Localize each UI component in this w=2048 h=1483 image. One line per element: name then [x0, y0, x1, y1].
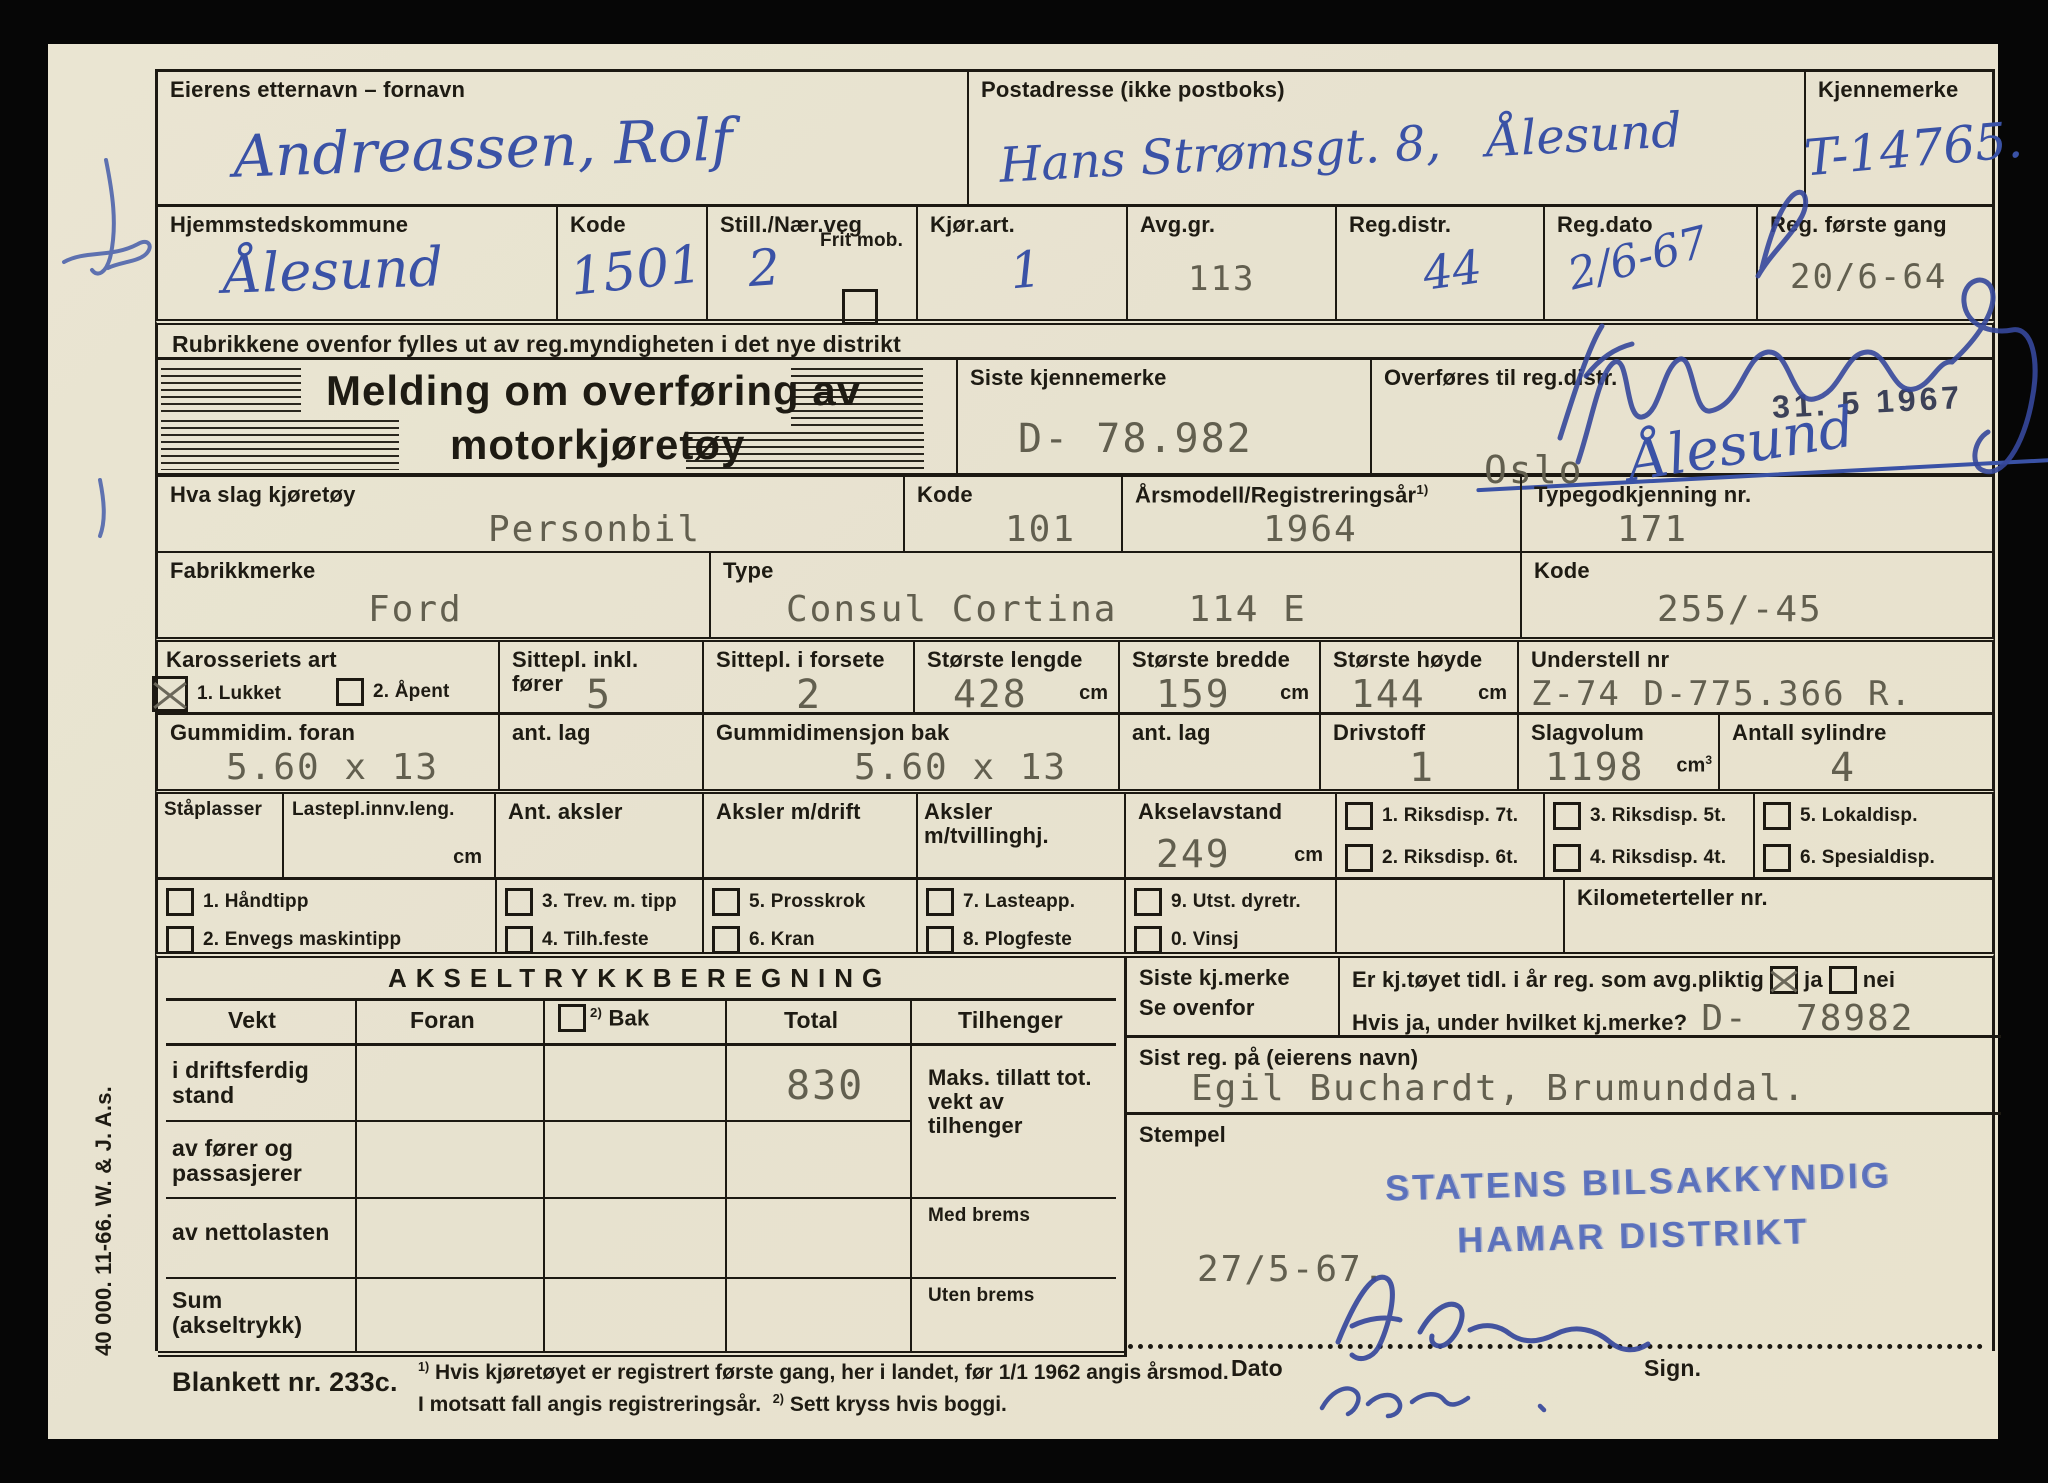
table-line	[166, 1120, 910, 1122]
table-divider	[543, 998, 545, 1351]
slagvolum-unit-text: cm	[1676, 755, 1705, 777]
trev-label: 3. Trev. m. tipp	[542, 892, 677, 913]
gummi-foran-field: Gummidim. foran 5.60 x 13	[158, 715, 498, 789]
plogfeste-label: 8. Plogfeste	[963, 930, 1072, 951]
ja-label: ja	[1804, 968, 1823, 992]
tipp-col-2: 3. Trev. m. tipp 4. Tilh.feste	[495, 880, 702, 952]
arsmodell-field: Årsmodell/Registreringsår1) 1964	[1121, 477, 1520, 551]
hatch-bar	[161, 368, 301, 416]
avgpliktig-question: Er kj.tøyet tidl. i år reg. som avg.plik…	[1352, 966, 1987, 994]
hoyde-field: Største høyde 144 cm	[1319, 642, 1517, 712]
kommune-field: Hjemmstedskommune Ålesund	[158, 207, 556, 319]
overfores-field: Overføres til reg.distr. Oslo Ålesund 31…	[1370, 360, 1998, 473]
header-vekt: Vekt	[228, 1008, 276, 1033]
avggr-label: Avg.gr.	[1140, 213, 1323, 237]
avggr-value: 113	[1188, 259, 1255, 299]
tipp-option-1: 1. Håndtipp	[166, 888, 487, 916]
antlag1-label: ant. lag	[512, 721, 690, 745]
header-foran: Foran	[410, 1008, 475, 1033]
avgpliktig-question-text: Er kj.tøyet tidl. i år reg. som avg.plik…	[1352, 968, 1764, 992]
tipp-option-2: 2. Envegs maskintipp	[166, 926, 487, 954]
kode101-value: 101	[1005, 509, 1076, 550]
title-block: Melding om overføring av motorkjøretøy S…	[155, 357, 1995, 477]
understell-value: Z-74 D-775.366 R.	[1531, 674, 1913, 714]
typegodkjenning-label: Typegodkjenning nr.	[1534, 483, 1986, 507]
riksdisp6-label: 2. Riksdisp. 6t.	[1382, 848, 1518, 869]
footnote-1-text: Hvis kjøretøyet er registrert første gan…	[435, 1361, 1229, 1384]
hoyde-label: Største høyde	[1333, 648, 1505, 672]
footnote-2-marker: 2)	[773, 1392, 784, 1406]
dato-label: Dato	[1231, 1356, 1283, 1381]
tipp-option-8: 8. Plogfeste	[926, 926, 1116, 954]
regdistr-handwriting: 44	[1420, 239, 1485, 301]
owner-label: Eierens etternavn – fornavn	[170, 78, 955, 102]
type-field: Type Consul Cortina 114 E	[709, 553, 1520, 637]
akselavstand-unit: cm	[1294, 844, 1323, 867]
kran-label: 6. Kran	[749, 930, 815, 951]
tipp-col-1: 1. Håndtipp 2. Envegs maskintipp	[158, 880, 495, 952]
lengde-value: 428	[953, 672, 1028, 716]
tilhfeste-checkbox	[505, 926, 533, 954]
understell-field: Understell nr Z-74 D-775.366 R.	[1517, 642, 1998, 712]
lengde-field: Største lengde 428 cm	[913, 642, 1118, 712]
owner-field: Eierens etternavn – fornavn Andreassen, …	[158, 72, 967, 204]
row-registry: Hjemmstedskommune Ålesund Kode 1501 Stil…	[155, 204, 1995, 319]
header-bak: 2) Bak	[558, 1004, 649, 1032]
spesialdisp-checkbox	[1763, 844, 1791, 872]
authority-stamp-line1: STATENS BILSAKKYNDIG	[1385, 1154, 1893, 1209]
siste-kjmerke-line2: Se ovenfor	[1139, 996, 1326, 1020]
siste-kjennemerke-label: Siste kjennemerke	[970, 366, 1358, 390]
plate-field: Kjennemerke T-14765.	[1804, 72, 1998, 204]
bottom-right: Siste kj.merke Se ovenfor Er kj.tøyet ti…	[1124, 958, 1998, 1357]
med-brems-label: Med brems	[928, 1206, 1030, 1227]
drivstoff-field: Drivstoff 1	[1319, 715, 1517, 789]
antlag2-field: ant. lag	[1118, 715, 1319, 789]
lukket-option: 1. Lukket	[152, 676, 281, 712]
sylindre-field: Antall sylindre 4	[1718, 715, 1998, 789]
stempel-label: Stempel	[1139, 1123, 1989, 1147]
table-divider	[725, 998, 727, 1351]
arsmodell-value: 1964	[1263, 509, 1358, 550]
sistreg-value: Egil Buchardt, Brumunddal.	[1191, 1068, 1807, 1109]
disp-col-1: 1. Riksdisp. 7t. 2. Riksdisp. 6t.	[1335, 794, 1543, 877]
slagvolum-label: Slagvolum	[1531, 721, 1706, 745]
kjorart-label: Kjør.art.	[930, 213, 1114, 237]
axle-table-title: AKSELTRYKKBEREGNING	[388, 964, 891, 993]
slagvolum-unit: cm3	[1676, 753, 1712, 778]
total-driftsferdig: 830	[786, 1063, 864, 1109]
riksdisp4-label: 4. Riksdisp. 4t.	[1590, 848, 1726, 869]
print-margin-text: 40 000. 11-66. W. & J. A.s.	[92, 1086, 116, 1356]
footnote-1: 1) Hvis kjøretøyet er registrert første …	[418, 1360, 1229, 1385]
sittepl-field: Sittepl. inkl. fører 5	[498, 642, 702, 712]
fabrikkmerke-label: Fabrikkmerke	[170, 559, 697, 583]
sistreg-cell: Sist reg. på (eierens navn) Egil Buchard…	[1127, 1038, 2001, 1112]
disp-option-3: 3. Riksdisp. 5t.	[1553, 802, 1745, 830]
scanned-form: Eierens etternavn – fornavn Andreassen, …	[0, 0, 2048, 1483]
row-axles: Ståplasser Lastepl.innv.leng. cm Ant. ak…	[155, 789, 1995, 877]
disp-option-1: 1. Riksdisp. 7t.	[1345, 802, 1535, 830]
kode101-field: Kode 101	[903, 477, 1121, 551]
lengde-unit: cm	[1079, 682, 1108, 705]
table-line	[166, 1197, 1116, 1199]
forsete-label: Sittepl. i forsete	[716, 648, 901, 672]
footnote-1-marker: 1)	[418, 1360, 429, 1374]
dyretr-label: 9. Utst. dyretr.	[1171, 892, 1301, 913]
hva-field: Hva slag kjøretøy Personbil	[158, 477, 903, 551]
karosseri-label: Karosseriets art	[166, 648, 490, 672]
akselavstand-label: Akselavstand	[1138, 800, 1323, 824]
regdato-field: Reg.dato 2/6-67	[1543, 207, 1756, 319]
apent-label: 2. Åpent	[373, 682, 450, 703]
disp-col-2: 3. Riksdisp. 5t. 4. Riksdisp. 4t.	[1543, 794, 1753, 877]
footnote-2-text: I motsatt fall angis registreringsår.	[418, 1393, 761, 1416]
lokaldisp-label: 5. Lokaldisp.	[1800, 806, 1918, 827]
siste-kjmerke-line1: Siste kj.merke	[1139, 966, 1326, 990]
kode-field: Kode 1501	[556, 207, 706, 319]
antlag1-field: ant. lag	[498, 715, 702, 789]
regforste-label: Reg. første gang	[1770, 213, 1986, 237]
lengde-label: Største lengde	[927, 648, 1106, 672]
table-line	[166, 1043, 1116, 1046]
plate-handwriting: T-14765.	[1802, 111, 2025, 188]
header-total: Total	[784, 1008, 838, 1033]
table-line	[166, 1277, 1116, 1279]
regdistr-label: Reg.distr.	[1349, 213, 1531, 237]
trev-checkbox	[505, 888, 533, 916]
rowlabel-nettolast: av nettolasten	[172, 1220, 342, 1245]
nei-checkbox	[1829, 966, 1857, 994]
still-handwriting: 2	[746, 238, 782, 298]
header-tilhenger: Tilhenger	[958, 1008, 1063, 1033]
plate-label: Kjennemerke	[1818, 78, 1986, 102]
tipp-option-9: 9. Utst. dyretr.	[1134, 888, 1327, 916]
boggi-checkbox	[558, 1004, 586, 1032]
rowlabel-sum: Sum (akseltrykk)	[172, 1288, 302, 1339]
row-vehicle-kind: Hva slag kjøretøy Personbil Kode 101 Års…	[155, 477, 1995, 551]
maks-tilhenger-note: Maks. tillatt tot. vekt av tilhenger	[928, 1066, 1104, 1139]
disp-col-3: 5. Lokaldisp. 6. Spesialdisp.	[1753, 794, 1998, 877]
kjorart-handwriting: 1	[1008, 240, 1045, 301]
regdistr-field: Reg.distr. 44	[1335, 207, 1543, 319]
sistreg-label: Sist reg. på (eierens navn)	[1139, 1046, 1989, 1070]
slagvolum-field: Slagvolum 1198 cm3	[1517, 715, 1718, 789]
karosseri-field: Karosseriets art 1. Lukket 2. Åpent	[158, 642, 498, 712]
riksdisp5-checkbox	[1553, 802, 1581, 830]
disp-option-5: 5. Lokaldisp.	[1763, 802, 1990, 830]
lastepl-label: Lastepl.innv.leng.	[292, 800, 486, 821]
gummi-foran-value: 5.60 x 13	[226, 747, 439, 788]
gummi-bak-field: Gummidimensjon bak 5.60 x 13	[702, 715, 1118, 789]
typegodkjenning-field: Typegodkjenning nr. 171	[1520, 477, 1998, 551]
hatch-bar	[161, 420, 399, 470]
regforste-value: 20/6-64	[1790, 257, 1947, 297]
lastepl-field: Lastepl.innv.leng. cm	[282, 794, 494, 877]
slagvolum-value: 1198	[1545, 745, 1645, 789]
tipp-option-7: 7. Lasteapp.	[926, 888, 1116, 916]
kode-handwriting: 1501	[567, 234, 705, 308]
drift-field: Aksler m/drift	[702, 794, 916, 877]
apent-option: 2. Åpent	[336, 678, 450, 706]
fabrikkmerke-field: Fabrikkmerke Ford	[158, 553, 709, 637]
bredde-field: Største bredde 159 cm	[1118, 642, 1319, 712]
kilometerteller-field: Kilometerteller nr.	[1563, 880, 1998, 952]
arsmodell-label: Årsmodell/Registreringsår1)	[1135, 483, 1508, 508]
tipp-option-6: 6. Kran	[712, 926, 908, 954]
prosskrok-checkbox	[712, 888, 740, 916]
typegodkjenning-value: 171	[1617, 509, 1688, 550]
forsete-field: Sittepl. i forsete 2	[702, 642, 913, 712]
disp-option-4: 4. Riksdisp. 4t.	[1553, 844, 1745, 872]
hva-label: Hva slag kjøretøy	[170, 483, 891, 507]
sylindre-label: Antall sylindre	[1732, 721, 1986, 745]
tipp-col-5: 9. Utst. dyretr. 0. Vinsj	[1124, 880, 1335, 952]
siste-kjennemerke-field: Siste kjennemerke D- 78.982	[956, 360, 1370, 473]
bredde-unit: cm	[1280, 682, 1309, 705]
lastepl-unit: cm	[453, 846, 482, 869]
siste-kjennemerke-value: D- 78.982	[1018, 416, 1253, 462]
disp-option-2: 2. Riksdisp. 6t.	[1345, 844, 1535, 872]
uten-brems-label: Uten brems	[928, 1286, 1035, 1307]
kran-checkbox	[712, 926, 740, 954]
apent-checkbox	[336, 678, 364, 706]
lukket-label: 1. Lukket	[197, 684, 281, 705]
rowlabel-forer: av fører og passasjerer	[172, 1136, 332, 1187]
rowlabel-driftsferdig: i driftsferdig stand	[172, 1058, 322, 1109]
siste-kjmerke-cell: Siste kj.merke Se ovenfor	[1127, 958, 1338, 1035]
staaplasser-label: Ståplasser	[164, 800, 276, 821]
kode255-label: Kode	[1534, 559, 1986, 583]
bottom-section: AKSELTRYKKBEREGNING Vekt Foran 2) Bak To…	[155, 952, 1995, 1351]
stempel-cell: Stempel STATENS BILSAKKYNDIG HAMAR DISTR…	[1127, 1115, 2001, 1357]
vinsj-label: 0. Vinsj	[1171, 930, 1239, 951]
arsmodell-label-text: Årsmodell/Registreringsår	[1135, 482, 1416, 507]
tipp-option-0: 0. Vinsj	[1134, 926, 1327, 954]
staaplasser-field: Ståplasser	[158, 794, 282, 877]
prosskrok-label: 5. Prosskrok	[749, 892, 865, 913]
disp-option-6: 6. Spesialdisp.	[1763, 844, 1990, 872]
address-field: Postadresse (ikke postboks) Hans Strømsg…	[967, 72, 1804, 204]
bak-label-text: Bak	[608, 1005, 649, 1030]
note-text: Rubrikkene ovenfor fylles ut av reg.mynd…	[172, 332, 901, 357]
handtipp-label: 1. Håndtipp	[203, 892, 309, 913]
handtipp-checkbox	[166, 888, 194, 916]
akselavstand-field: Akselavstand 249 cm	[1124, 794, 1335, 877]
antaksler-field: Ant. aksler	[494, 794, 702, 877]
tvilling-label: Aksler m/tvillinghj.	[924, 800, 1118, 848]
footnote-2b-text: Sett kryss hvis boggi.	[790, 1393, 1007, 1416]
tidligere-kjmerke-value: D- 78982	[1701, 998, 1914, 1039]
table-bottom-line	[158, 1351, 1124, 1357]
arsmodell-footref: 1)	[1416, 482, 1428, 497]
axle-table: AKSELTRYKKBEREGNING Vekt Foran 2) Bak To…	[158, 958, 1124, 1357]
sign-label: Sign.	[1644, 1356, 1701, 1381]
drift-label: Aksler m/drift	[716, 800, 904, 824]
ja-checkbox	[1770, 966, 1798, 994]
envegs-checkbox	[166, 926, 194, 954]
frit-mob-label: Frit mob.	[820, 231, 903, 252]
bak-footref: 2)	[590, 1005, 602, 1020]
sum-line2: (akseltrykk)	[172, 1313, 302, 1338]
row-owner: Eierens etternavn – fornavn Andreassen, …	[155, 69, 1995, 204]
understell-label: Understell nr	[1531, 648, 1986, 672]
akselavstand-value: 249	[1156, 832, 1231, 876]
still-field: Still./Nær.veg 2 Frit mob.	[706, 207, 916, 319]
hva-value: Personbil	[488, 509, 701, 550]
riksdisp4-checkbox	[1553, 844, 1581, 872]
tvilling-field: Aksler m/tvillinghj.	[916, 794, 1124, 877]
table-divider	[355, 998, 357, 1351]
lasteapp-checkbox	[926, 888, 954, 916]
stempel-date: 27/5-67.	[1197, 1249, 1386, 1290]
riksdisp6-checkbox	[1345, 844, 1373, 872]
slagvolum-unit-sup: 3	[1705, 753, 1712, 767]
kode255-value: 255/-45	[1657, 589, 1823, 630]
signature-line	[1128, 1344, 1983, 1349]
envegs-label: 2. Envegs maskintipp	[203, 930, 401, 951]
authority-stamp-line2: HAMAR DISTRIKT	[1457, 1210, 1810, 1261]
plogfeste-checkbox	[926, 926, 954, 954]
type-label: Type	[723, 559, 1508, 583]
row-tyres: Gummidim. foran 5.60 x 13 ant. lag Gummi…	[155, 712, 1995, 789]
kode101-label: Kode	[917, 483, 1109, 507]
table-divider	[910, 998, 912, 1351]
header-bak-label: 2) Bak	[590, 1006, 649, 1031]
tipp-col-3: 5. Prosskrok 6. Kran	[702, 880, 916, 952]
riksdisp7-label: 1. Riksdisp. 7t.	[1382, 806, 1518, 827]
row-body: Karosseriets art 1. Lukket 2. Åpent Sitt…	[155, 637, 1995, 712]
kilometerteller-label: Kilometerteller nr.	[1577, 886, 1986, 910]
kjorart-field: Kjør.art. 1	[916, 207, 1126, 319]
riksdisp7-checkbox	[1345, 802, 1373, 830]
spesialdisp-label: 6. Spesialdisp.	[1800, 848, 1935, 869]
nei-label: nei	[1863, 968, 1895, 992]
title-cell: Melding om overføring av motorkjøretøy	[158, 360, 956, 473]
lokaldisp-checkbox	[1763, 802, 1791, 830]
tilhfeste-label: 4. Tilh.feste	[542, 930, 649, 951]
paper: Eierens etternavn – fornavn Andreassen, …	[48, 44, 1998, 1439]
hoyde-unit: cm	[1478, 682, 1507, 705]
kommune-label: Hjemmstedskommune	[170, 213, 544, 237]
empty-cell	[1335, 880, 1563, 952]
form-number: Blankett nr. 233c.	[172, 1368, 398, 1398]
avgpliktig-cell: Er kj.tøyet tidl. i år reg. som avg.plik…	[1338, 958, 2001, 1035]
lukket-checkbox	[152, 676, 188, 712]
fabrikkmerke-value: Ford	[368, 589, 463, 630]
dyretr-checkbox	[1134, 888, 1162, 916]
drivstoff-label: Drivstoff	[1333, 721, 1505, 745]
owner-handwriting: Andreassen, Rolf	[232, 105, 734, 190]
form-title-line1: Melding om overføring av	[326, 368, 861, 414]
gummi-bak-value: 5.60 x 13	[854, 747, 1067, 788]
address-label: Postadresse (ikke postboks)	[981, 78, 1792, 102]
row-equipment: 1. Håndtipp 2. Envegs maskintipp 3. Trev…	[155, 877, 1995, 952]
hoyde-value: 144	[1351, 672, 1426, 716]
gummi-foran-label: Gummidim. foran	[170, 721, 486, 745]
hvis-question-text: Hvis ja, under hvilket kj.merke?	[1352, 1011, 1687, 1035]
tipp-option-4: 4. Tilh.feste	[505, 926, 694, 954]
type-value: Consul Cortina 114 E	[786, 589, 1307, 630]
vinsj-checkbox	[1134, 926, 1162, 954]
row-make: Fabrikkmerke Ford Type Consul Cortina 11…	[155, 551, 1995, 637]
sum-line1: Sum	[172, 1288, 302, 1313]
kode255-field: Kode 255/-45	[1520, 553, 1998, 637]
drivstoff-value: 1	[1409, 745, 1435, 791]
avggr-field: Avg.gr. 113	[1126, 207, 1335, 319]
regforste-field: Reg. første gang 20/6-64	[1756, 207, 1998, 319]
sylindre-value: 4	[1830, 745, 1856, 791]
antaksler-label: Ant. aksler	[508, 800, 690, 824]
tipp-option-3: 3. Trev. m. tipp	[505, 888, 694, 916]
table-line	[166, 998, 1116, 1001]
kommune-handwriting: Ålesund	[222, 235, 444, 306]
antlag2-label: ant. lag	[1132, 721, 1307, 745]
form-title-line2: motorkjøretøy	[450, 422, 745, 468]
kode-label: Kode	[570, 213, 694, 237]
bredde-value: 159	[1156, 672, 1231, 716]
riksdisp5-label: 3. Riksdisp. 5t.	[1590, 806, 1726, 827]
address-handwriting: Hans Strømsgt. 8, Ålesund	[998, 102, 1683, 194]
bredde-label: Største bredde	[1132, 648, 1307, 672]
tipp-col-4: 7. Lasteapp. 8. Plogfeste	[916, 880, 1124, 952]
tipp-option-5: 5. Prosskrok	[712, 888, 908, 916]
gummi-bak-label: Gummidimensjon bak	[716, 721, 1106, 745]
footnote-2: I motsatt fall angis registreringsår. 2)…	[418, 1392, 1007, 1417]
lasteapp-label: 7. Lasteapp.	[963, 892, 1075, 913]
hvis-line: Hvis ja, under hvilket kj.merke? D- 7898…	[1352, 998, 1987, 1039]
row-note: Rubrikkene ovenfor fylles ut av reg.mynd…	[155, 319, 1995, 357]
